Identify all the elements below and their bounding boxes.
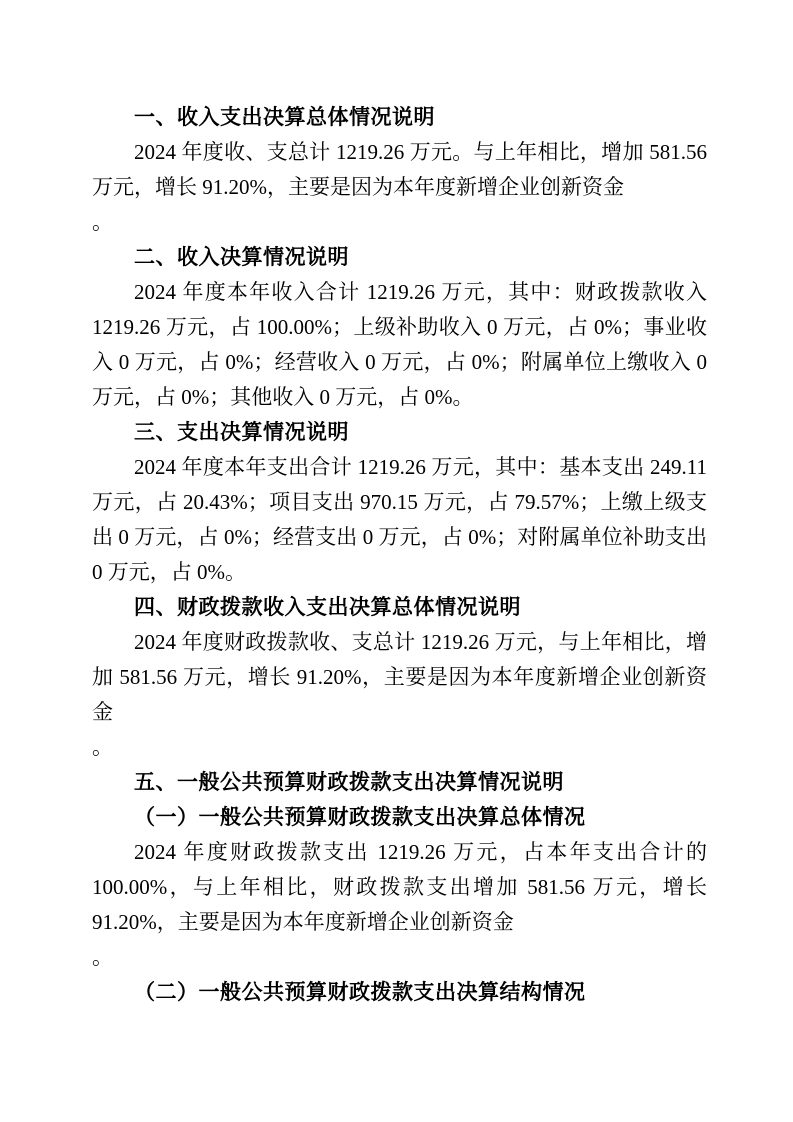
heading-section-4-fiscal-appropriation-overview: 四、财政拨款收入支出决算总体情况说明 — [92, 590, 707, 625]
paragraph-section-5-1-detail: 2024 年度财政拨款支出 1219.26 万元，占本年支出合计的 100.00… — [92, 835, 707, 940]
heading-section-5-1-overall-situation: （一）一般公共预算财政拨款支出决算总体情况 — [92, 800, 707, 835]
heading-section-3-expenditure-accounts: 三、支出决算情况说明 — [92, 415, 707, 450]
paragraph-section-2-income-detail: 2024 年度本年收入合计 1219.26 万元，其中：财政拨款收入 1219.… — [92, 275, 707, 415]
heading-section-5-2-structure-situation: （二）一般公共预算财政拨款支出决算结构情况 — [92, 975, 707, 1010]
heading-section-5-public-budget-expenditure: 五、一般公共预算财政拨款支出决算情况说明 — [92, 765, 707, 800]
orphan-period-line-2: 。 — [92, 730, 707, 765]
paragraph-section-1-overview: 2024 年度收、支总计 1219.26 万元。与上年相比，增加 581.56 … — [92, 135, 707, 205]
heading-section-1-income-expenditure-overview: 一、收入支出决算总体情况说明 — [92, 100, 707, 135]
paragraph-section-3-expenditure-detail: 2024 年度本年支出合计 1219.26 万元，其中：基本支出 249.11 … — [92, 450, 707, 590]
document-page: 一、收入支出决算总体情况说明 2024 年度收、支总计 1219.26 万元。与… — [0, 0, 793, 1122]
paragraph-section-4-appropriation-overview: 2024 年度财政拨款收、支总计 1219.26 万元，与上年相比，增加 581… — [92, 625, 707, 730]
orphan-period-line-3: 。 — [92, 940, 707, 975]
orphan-period-line-1: 。 — [92, 205, 707, 240]
heading-section-2-income-accounts: 二、收入决算情况说明 — [92, 240, 707, 275]
